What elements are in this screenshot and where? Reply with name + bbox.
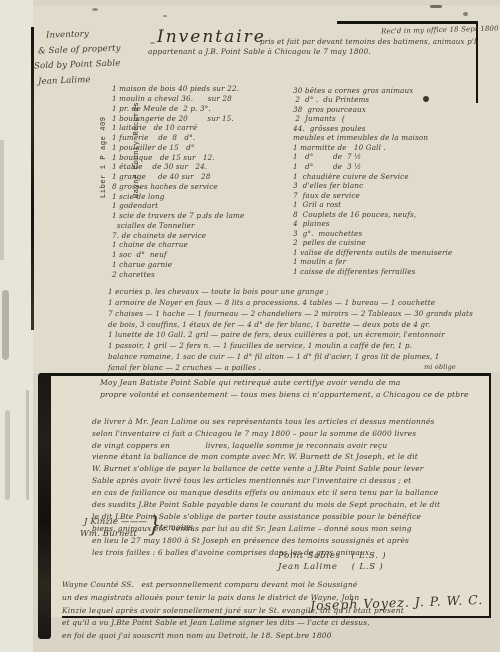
inventory-item: 7 faux de service [293, 191, 452, 201]
inventory-item: 1 étable de 30 sur 24. [112, 162, 244, 172]
inventory-item: 7. de chainets de service [112, 231, 244, 241]
inventory-item: 3 d'elles fer blanc [293, 181, 452, 191]
top-page-right-border [476, 21, 478, 103]
document-scan: Inventory & Sale of property Sold by Poi… [0, 0, 500, 652]
inventory-item: 2 Jumants { [293, 114, 452, 124]
witness-signature: J Kinzie ——— [84, 517, 147, 527]
manuscript-line: Sable après avoir livré tous les article… [92, 475, 440, 487]
speck [163, 15, 167, 17]
marginalia-line: Jean Lalime [38, 75, 91, 87]
top-page-left-border [31, 27, 34, 330]
inventory-item: 1 Gril a rost [293, 200, 452, 210]
witness-label: temoins [160, 523, 193, 532]
inventory-items-right: 30 bêtes a cornes gros animaux 2 d° . du… [293, 57, 452, 277]
certification-block: Wayne Counté SS. est personnellement com… [62, 541, 404, 643]
inventory-item: 1 marmitte de 10 Gall . [293, 143, 452, 153]
inventory-title: Inventaire [157, 27, 266, 47]
manuscript-line: de livrer à Mr. Jean Lalime ou ses repré… [92, 416, 440, 428]
inventory-item: 8 Couplets de 16 pouces, neufs, [293, 210, 452, 220]
manuscript-line: en foi de quoi j'ai souscrit mon nom au … [62, 630, 404, 643]
inventory-items-left: 1 maison de bois 40 pieds sur 22.1 mouli… [112, 55, 244, 279]
inventory-item: 1 d° de 3 ½ [293, 162, 452, 172]
bottom-page-right-border [489, 375, 491, 618]
inventory-item: 1 boulangerie de 20 sur 15. [112, 114, 244, 124]
inventory-item: meubles et immeubles de la maison [293, 133, 452, 143]
speck [92, 8, 98, 11]
edge-smudge [26, 390, 29, 500]
inventory-item: 1 chaudière cuivre de Service [293, 172, 452, 182]
speck [430, 5, 442, 8]
inventory-item: 30 bêtes a cornes gros animaux [293, 86, 452, 96]
edge-smudge [2, 290, 9, 360]
speck [150, 42, 155, 44]
inventory-item: 4 plaines [293, 219, 452, 229]
manuscript-line: en cas de faillance ou manque desdits ef… [92, 487, 440, 499]
inventory-item: 1 d° de 7 ½ [293, 152, 452, 162]
inventory-item: 2 pelles de cuisine [293, 238, 452, 248]
manuscript-line: W. Burnet s'oblige de payer la ballance … [92, 463, 440, 475]
inventory-item: 1 scie de long [112, 192, 244, 202]
marginalia-note: Inventory & Sale of property Sold by Poi… [0, 0, 21, 114]
edge-smudge [5, 410, 10, 500]
inventory-item: 1 scie de travers de 7 p.ds de lame [112, 211, 244, 221]
inventory-item: 1 poulailler de 15 d° [112, 143, 244, 153]
inventory-item: 1 fumerie de 8 d°. [112, 133, 244, 143]
manuscript-line: 1 ecuries p. les chevaux — toute la bois… [108, 287, 473, 298]
recorder-stamp-line: Liber 1 P age 409 [99, 102, 110, 198]
manuscript-line: selon l'inventaire ci fait a Chicagou le… [92, 428, 440, 440]
witness-signature: Wm. Burnett [80, 529, 137, 539]
bottom-page-left-border [38, 373, 51, 639]
manuscript-line: 1 lunette de 10 Gall. 2 gril — paire de … [108, 330, 473, 341]
inventory-item: 2 d° . du Printems [293, 95, 452, 105]
inventory-item: 1 chaine de charrue [112, 240, 244, 250]
manuscript-line: Wayne Counté SS. est personnellement com… [62, 579, 404, 592]
top-page-top-border [337, 21, 478, 24]
manuscript-line: et qu'il a vu J.Bte Point Sable et Jean … [62, 617, 404, 630]
inventory-item: 38 gros pourceaux [293, 105, 452, 115]
manuscript-line: vienne étant la ballance de mon compte a… [92, 451, 440, 463]
edge-smudge [0, 140, 4, 260]
inventory-item: 3 g°. mouchettes [293, 229, 452, 239]
inventory-item: 1 boutique de 15 sur 12. [112, 153, 244, 163]
inventory-title-suffix: pris et fait par devant temoins des bati… [260, 37, 479, 46]
manuscript-line: des susdits J.Bte Point Sable payable da… [92, 499, 440, 511]
seller-declaration-note: mi oblige [424, 363, 456, 371]
inventory-item: 1 pr. de Meule de 2 p. 3°. [112, 104, 244, 114]
speck [463, 12, 468, 16]
manuscript-line: de bois, 3 couffins, 1 étaux de fer — 4 … [108, 320, 473, 331]
inventory-item: 1 laiterie de 10 carré [112, 123, 244, 133]
inventory-item: 44. grôsses poules [293, 124, 452, 134]
inventory-item: 1 maison de bois 40 pieds sur 22. [112, 84, 244, 94]
manuscript-line: 7 chaises — 1 hache — 1 fourneau — 2 cha… [108, 309, 473, 320]
inventory-item: 1 godendart [112, 201, 244, 211]
inventory-item: 1 moulin a cheval 36. sur 28 [112, 94, 244, 104]
marginalia-line: Inventory [46, 29, 89, 40]
deed-body: de livrer à Mr. Jean Lalime ou ses repré… [92, 380, 440, 559]
manuscript-line: de vingt coppers en livres, laquelle som… [92, 440, 440, 452]
inventory-item: 1 grange de 40 sur 28 [112, 172, 244, 182]
inventory-item: 8 grosses haches de service [112, 182, 244, 192]
manuscript-line: 1 armoire de Noyer en faux — 8 lits a pr… [108, 298, 473, 309]
inventory-item: scialles de Tonnelier [112, 221, 244, 231]
